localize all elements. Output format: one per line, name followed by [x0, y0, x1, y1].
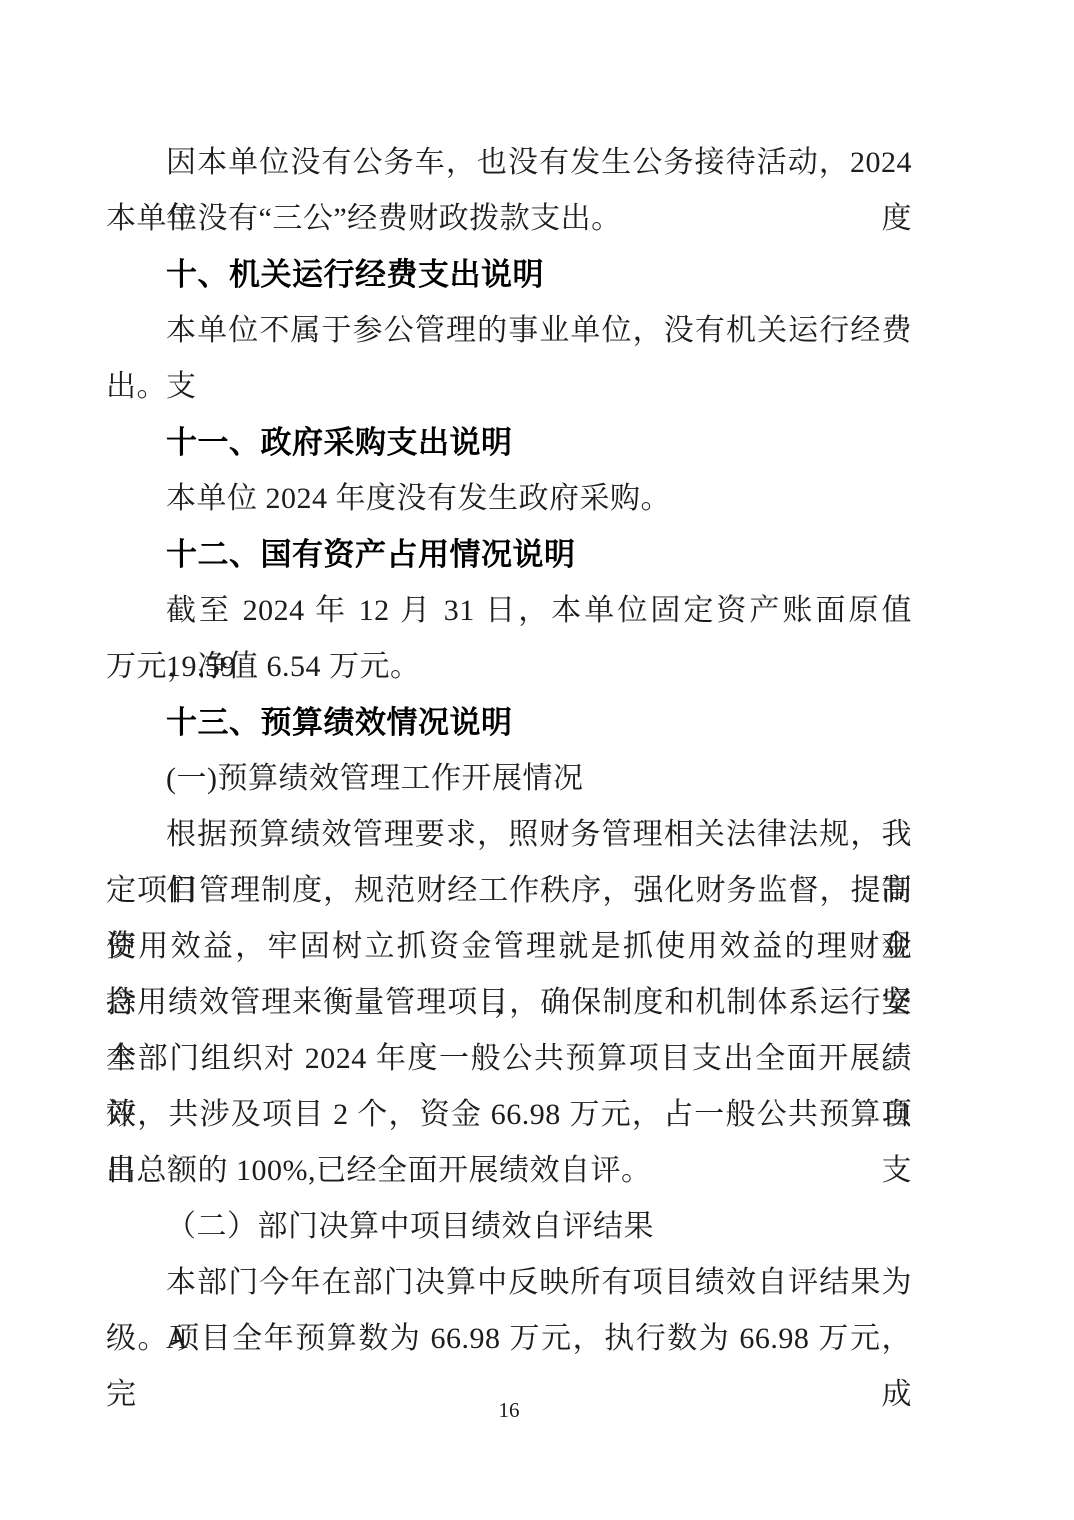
text-line: 截至 2024 年 12 月 31 日，本单位固定资产账面原值 19.59: [106, 583, 912, 639]
text-line: 因本单位没有公务车，也没有发生公务接待活动，2024 年度: [106, 135, 912, 191]
text-line: 本部门组织对 2024 年度一般公共预算项目支出全面开展绩效自: [106, 1031, 912, 1087]
page-number: 16: [106, 1398, 912, 1423]
document-page: 因本单位没有公务车，也没有发生公务接待活动，2024 年度本单位没有“三公”经费…: [0, 0, 1074, 1520]
section-heading: 十一、政府采购支出说明: [106, 415, 912, 471]
text-line: 万元，净值 6.54 万元。: [106, 639, 912, 695]
text-line: 根据预算绩效管理要求，照财务管理相关法律法规，我们制: [106, 807, 912, 863]
text-line: 出。: [106, 359, 912, 415]
sub-heading: （二）部门决算中项目绩效自评结果: [106, 1199, 912, 1255]
sub-heading: (一)预算绩效管理工作开展情况: [106, 751, 912, 807]
section-heading: 十三、预算绩效情况说明: [106, 695, 912, 751]
text-line: 本单位不属于参公管理的事业单位，没有机关运行经费支: [106, 303, 912, 359]
text-line: 持用绩效管理来衡量管理项目，确保制度和机制体系运行安全。: [106, 975, 912, 1031]
text-line: 本单位 2024 年度没有发生政府采购。: [106, 471, 912, 527]
text-line: 定项目管理制度，规范财经工作秩序，强化财务监督，提高资金: [106, 863, 912, 919]
text-line: 评，共涉及项目 2 个，资金 66.98 万元，占一般公共预算项目支: [106, 1087, 912, 1143]
text-line: 级。项目全年预算数为 66.98 万元，执行数为 66.98 万元，完成: [106, 1311, 912, 1367]
section-heading: 十、机关运行经费支出说明: [106, 247, 912, 303]
section-heading: 十二、国有资产占用情况说明: [106, 527, 912, 583]
document-body: 因本单位没有公务车，也没有发生公务接待活动，2024 年度本单位没有“三公”经费…: [106, 135, 912, 1367]
text-line: 使用效益，牢固树立抓资金管理就是抓使用效益的理财观念，坚: [106, 919, 912, 975]
text-line: 本部门今年在部门决算中反映所有项目绩效自评结果为 A: [106, 1255, 912, 1311]
